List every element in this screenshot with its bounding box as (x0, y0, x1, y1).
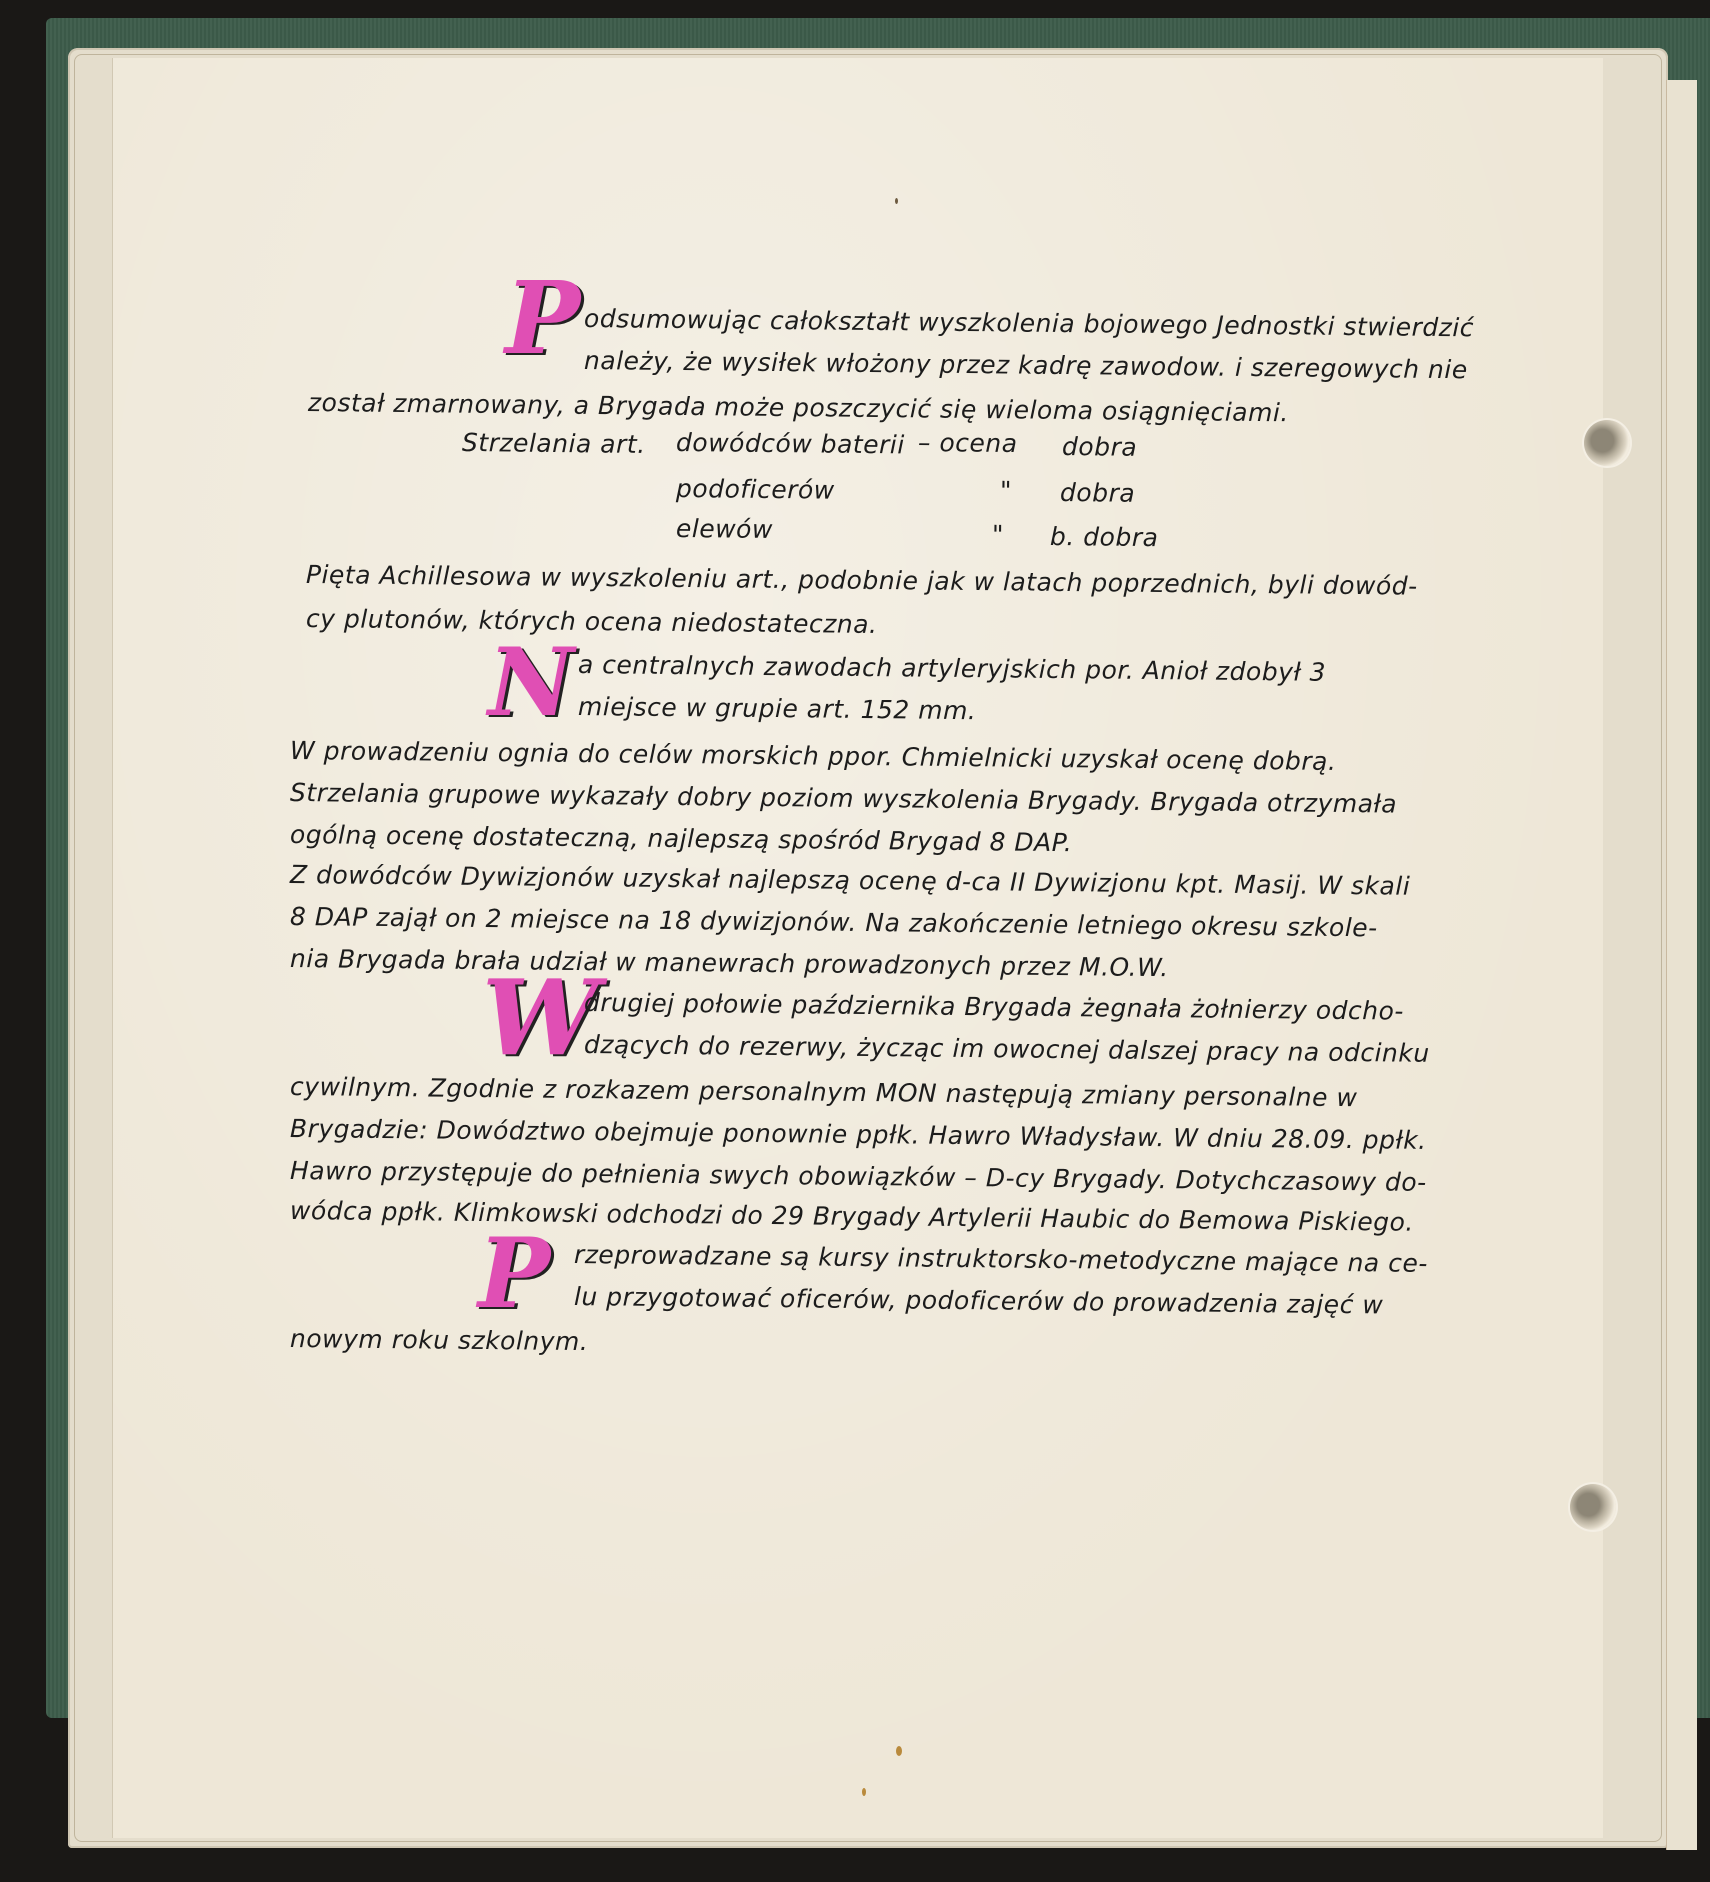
table-row-grade: dobra (1062, 432, 1137, 462)
text-line: wódca ppłk. Klimkowski odchodzi do 29 Br… (290, 1196, 1414, 1237)
text-line: Z dowódców Dywizjonów uzyskał najlepszą … (290, 860, 1411, 901)
table-row-who: elewów (676, 514, 773, 544)
text-line: nowym roku szkolnym. (290, 1324, 589, 1356)
text-line: nia Brygada brała udział w manewrach pro… (290, 944, 1169, 982)
illuminated-initial-w: W (482, 966, 599, 1070)
text-line: W prowadzeniu ognia do celów morskich pp… (290, 736, 1337, 776)
text-line: drugiej połowie października Brygada żeg… (584, 988, 1404, 1026)
table-row-sep: " (992, 520, 1004, 549)
text-line: 8 DAP zajął on 2 miejsce na 18 dywizjonó… (290, 902, 1378, 942)
text-line: a centralnych zawodach artyleryjskich po… (578, 650, 1326, 687)
text-line: miejsce w grupie art. 152 mm. (578, 692, 977, 725)
table-row-grade: b. dobra (1050, 522, 1159, 552)
table-row-sep: " (1000, 476, 1012, 505)
table-row-grade: dobra (1060, 478, 1135, 508)
table-label: Strzelania art. (462, 428, 646, 459)
handwritten-text: P odsumowując całokształt wyszkolenia bo… (0, 0, 1710, 1882)
text-line: został zmarnowany, a Brygada może poszcz… (308, 388, 1289, 427)
text-line: Pięta Achillesowa w wyszkoleniu art., po… (306, 560, 1418, 601)
illuminated-initial-n: N (488, 636, 574, 730)
illuminated-initial-p: P (505, 268, 581, 368)
text-line: cywilnym. Zgodnie z rozkazem personalnym… (290, 1072, 1358, 1112)
table-row-who: podoficerów (676, 474, 835, 505)
text-line: lu przygotować oficerów, podoficerów do … (574, 1282, 1384, 1319)
text-line: Strzelania grupowe wykazały dobry poziom… (290, 778, 1397, 819)
table-row-who: dowódców baterii (676, 428, 905, 459)
text-line: należy, że wysiłek włożony przez kadrę z… (584, 346, 1468, 384)
text-line: Hawro przystępuje do pełnienia swych obo… (290, 1156, 1427, 1197)
text-line: dzących do rezerwy, życząc im owocnej da… (584, 1030, 1430, 1068)
text-line: Brygadzie: Dowództwo obejmuje ponownie p… (290, 1114, 1427, 1155)
table-row-sep: – ocena (918, 428, 1018, 458)
illuminated-initial-p: P (478, 1226, 551, 1322)
text-line: ogólną ocenę dostateczną, najlepszą spoś… (290, 820, 1073, 857)
text-line: cy plutonów, których ocena niedostateczn… (306, 604, 878, 639)
text-line: odsumowując całokształt wyszkolenia bojo… (584, 304, 1474, 342)
text-line: rzeprowadzane są kursy instruktorsko-met… (574, 1240, 1428, 1278)
